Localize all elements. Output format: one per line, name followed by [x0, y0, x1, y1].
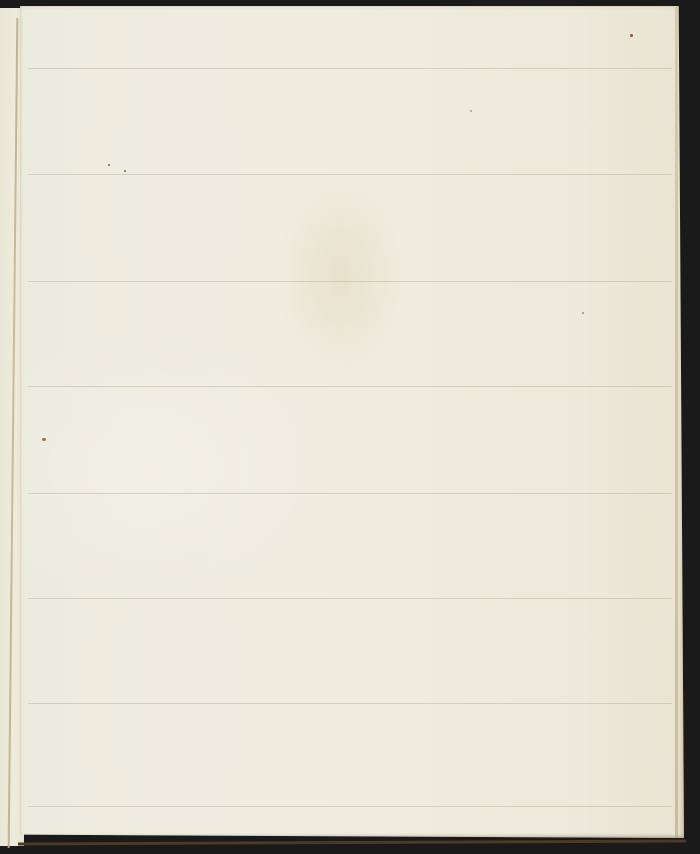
paper-speck [124, 170, 126, 172]
paper-laid-line [28, 68, 672, 69]
gutter-fold-line [8, 18, 19, 848]
paper-speck [630, 34, 633, 37]
page-bottom-edge [18, 840, 686, 846]
scanned-page [0, 0, 700, 854]
paper-speck [108, 164, 110, 166]
paper-speck [470, 110, 472, 112]
page-right-edge [675, 6, 678, 838]
paper-laid-line [28, 281, 672, 282]
paper-speck [42, 438, 46, 441]
paper-laid-line [28, 703, 672, 704]
paper-laid-line [28, 598, 672, 599]
paper-laid-line [28, 386, 672, 387]
paper-laid-line [28, 493, 672, 494]
paper-laid-line [28, 174, 672, 175]
paper-laid-line [28, 806, 672, 807]
blank-page [20, 6, 684, 838]
paper-speck [582, 312, 584, 314]
